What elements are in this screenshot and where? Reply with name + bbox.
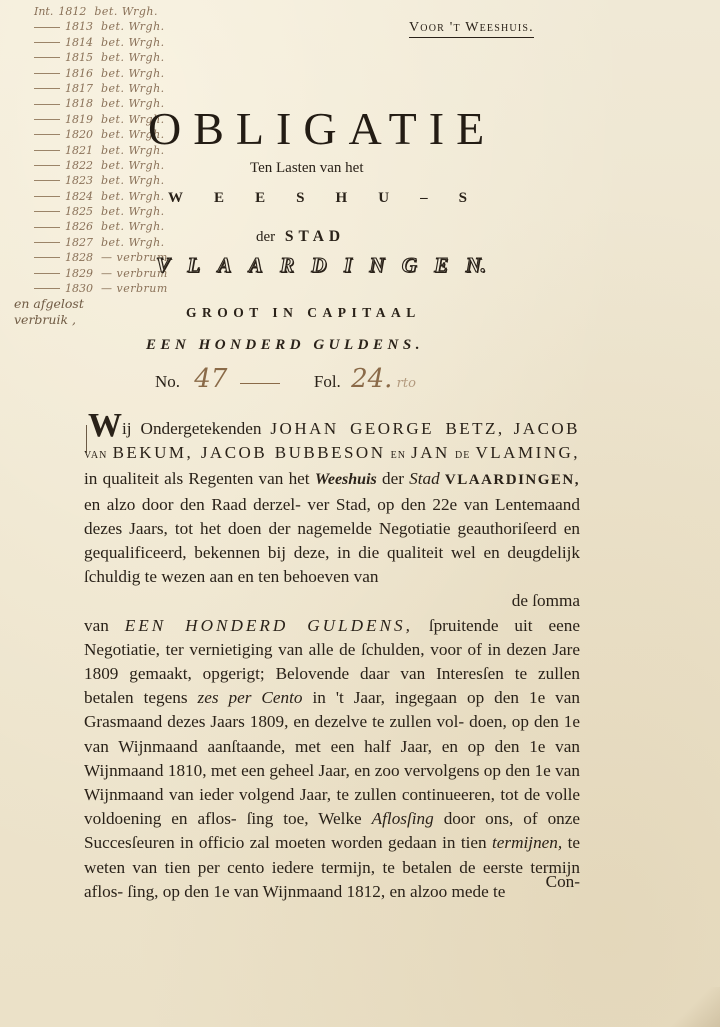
- paragraph-2: van EEN HONDERD GULDENS, ſpruitende uit …: [84, 614, 580, 904]
- margin-note-prefix: [34, 134, 60, 135]
- city-letter: E: [434, 253, 448, 278]
- margin-note-line: 1813bet. Wrgh.: [6, 19, 196, 34]
- margin-note-text: bet. Wrgh.: [101, 235, 165, 250]
- margin-note-prefix: [34, 57, 60, 58]
- der-stad: der STAD: [256, 228, 345, 246]
- text-span: termijnen,: [492, 833, 562, 852]
- margin-note-prefix: [34, 211, 60, 212]
- margin-note-prefix: [34, 196, 60, 197]
- text-span: de: [455, 447, 470, 462]
- margin-note-prefix: [34, 104, 60, 105]
- folio-value: 24.: [351, 364, 392, 394]
- margin-note-line: 1814bet. Wrgh.: [6, 35, 196, 50]
- sum-amount: EEN HONDERD GULDENS,: [125, 616, 413, 635]
- text-span: Aflosſing: [372, 809, 434, 828]
- margin-note-line: 1826bet. Wrgh.: [6, 219, 196, 234]
- institution-letter: W: [168, 190, 184, 207]
- margin-note-year: 1817: [65, 81, 101, 96]
- institution-name: WEESHU–S: [168, 190, 468, 207]
- margin-note-line: 1822bet. Wrgh.: [6, 158, 196, 173]
- city-letter: L: [187, 253, 200, 278]
- header-label: Voor 't Weeshuis.: [409, 20, 534, 38]
- institution-letter: –: [420, 190, 429, 207]
- signatory-name: JAN: [411, 443, 450, 462]
- city-letter: R: [280, 253, 294, 278]
- text-span: ij Ondergetekenden: [122, 419, 261, 438]
- margin-note-year: 1822: [65, 158, 101, 173]
- document-page: Voor 't Weeshuis. Int.1812bet. Wrgh.1813…: [0, 0, 720, 1027]
- city-letter: I: [344, 253, 352, 278]
- text-span: en: [391, 447, 406, 462]
- margin-note-year: 1819: [65, 112, 101, 127]
- margin-note-year: 1821: [65, 143, 101, 158]
- margin-note-text: bet. Wrgh.: [101, 219, 165, 234]
- margin-notes: Int.1812bet. Wrgh.1813bet. Wrgh.1814bet.…: [6, 4, 196, 327]
- margin-note-tail: verbruik ,: [14, 312, 204, 327]
- margin-note-text: bet. Wrgh.: [101, 204, 165, 219]
- margin-note-text: bet. Wrgh.: [101, 66, 165, 81]
- margin-note-year: 1812: [58, 4, 94, 19]
- margin-note-prefix: [34, 42, 60, 43]
- city-letter: A: [249, 253, 263, 278]
- somma-line: de ſomma: [84, 589, 580, 613]
- number-label: No.: [155, 372, 180, 391]
- institution-letter: U: [378, 190, 390, 207]
- text-span: van: [84, 616, 109, 635]
- subtitle: Ten Lasten van het: [250, 160, 400, 177]
- margin-note-prefix: Int.: [34, 4, 53, 19]
- margin-note-year: 1813: [65, 19, 101, 34]
- institution-letter: H: [336, 190, 349, 207]
- margin-note-text: bet. Wrgh.: [101, 81, 165, 96]
- margin-note-year: 1829: [65, 266, 101, 281]
- margin-note-year: 1818: [65, 96, 101, 111]
- stad-label: STAD: [285, 228, 345, 245]
- text-span: van: [84, 447, 107, 462]
- margin-note-text: bet. Wrgh.: [101, 19, 165, 34]
- text-span: en alzo door den Raad derzel- ver Stad, …: [84, 495, 580, 587]
- dropcap: W: [88, 407, 122, 444]
- institution-letter: S: [296, 190, 305, 207]
- body-text: Wij Ondergetekenden JOHAN GEORGE BETZ, J…: [84, 413, 580, 904]
- margin-note-prefix: [34, 119, 60, 120]
- margin-note-text: bet. Wrgh.: [101, 158, 165, 173]
- city-letter: A: [217, 253, 231, 278]
- signatory-name: JACOB: [514, 419, 580, 438]
- amount-label: EEN HONDERD GULDENS.: [146, 337, 424, 354]
- margin-note-line: 1816bet. Wrgh.: [6, 66, 196, 81]
- city-inline: VLAARDINGEN,: [445, 472, 580, 488]
- margin-note-text: — verbrum: [101, 281, 168, 296]
- margin-note-year: 1816: [65, 66, 101, 81]
- margin-note-prefix: [34, 242, 60, 243]
- margin-note-year: 1815: [65, 50, 101, 65]
- margin-note-line: 1817bet. Wrgh.: [6, 81, 196, 96]
- margin-note-year: 1830: [65, 281, 101, 296]
- margin-note-line: 1815bet. Wrgh.: [6, 50, 196, 65]
- margin-note-prefix: [34, 27, 60, 28]
- margin-note-text: bet. Wrgh.: [94, 4, 158, 19]
- margin-note-prefix: [34, 73, 60, 74]
- number-value: 47: [194, 364, 227, 394]
- margin-note-prefix: [34, 88, 60, 89]
- text-span: in 't Jaar, ingegaan op den 1e van Grasm…: [84, 688, 580, 828]
- institution-letter: S: [459, 190, 468, 207]
- margin-note-year: 1820: [65, 127, 101, 142]
- der-label: der: [256, 229, 275, 245]
- paragraph-1: Wij Ondergetekenden JOHAN GEORGE BETZ, J…: [84, 413, 580, 589]
- margin-note-line: 1827bet. Wrgh.: [6, 235, 196, 250]
- margin-note-line: 1830— verbrum: [6, 281, 196, 296]
- signatory-name: VLAMING,: [476, 443, 581, 462]
- margin-note-year: 1826: [65, 219, 101, 234]
- city-name: VLAARDINGEN.: [156, 253, 486, 278]
- margin-note-tail: en afgelost: [14, 296, 204, 311]
- margin-note-prefix: [34, 257, 60, 258]
- margin-note-prefix: [34, 288, 60, 289]
- number-dash: [240, 383, 280, 384]
- margin-note-text: bet. Wrgh.: [101, 35, 165, 50]
- document-title: OBLIGATIE: [148, 104, 498, 154]
- margin-note-year: 1827: [65, 235, 101, 250]
- margin-note-year: 1824: [65, 189, 101, 204]
- institution-letter: E: [214, 190, 225, 207]
- margin-note-year: 1814: [65, 35, 101, 50]
- interest-rate: zes per Cento: [198, 688, 303, 707]
- margin-note-year: 1828: [65, 250, 101, 265]
- margin-note-text: bet. Wrgh.: [101, 173, 165, 188]
- city-letter: V: [156, 253, 170, 278]
- margin-note-year: 1823: [65, 173, 101, 188]
- margin-note-prefix: [34, 227, 60, 228]
- catchword: Con-: [84, 872, 580, 892]
- city-letter: G: [402, 253, 417, 278]
- margin-note-line: 1823bet. Wrgh.: [6, 173, 196, 188]
- margin-note-text: bet. Wrgh.: [101, 50, 165, 65]
- text-span: der: [382, 469, 404, 488]
- number-folio-line: No. 47 Fol. 24. rto: [155, 364, 416, 394]
- margin-note-line: Int.1812bet. Wrgh.: [6, 4, 196, 19]
- margin-note-year: 1825: [65, 204, 101, 219]
- margin-note-prefix: [34, 165, 60, 166]
- text-span: in qualiteit als Regenten van het: [84, 469, 310, 488]
- institution-letter: E: [255, 190, 266, 207]
- capital-label: GROOT IN CAPITAAL: [186, 305, 421, 321]
- folio-label: Fol.: [314, 372, 341, 391]
- folio-suffix: rto: [397, 376, 416, 391]
- text-span: Stad: [409, 469, 440, 488]
- city-letter: D: [311, 253, 326, 278]
- margin-note-prefix: [34, 273, 60, 274]
- signatory-name: BEKUM, JACOB BUBBESON: [113, 443, 386, 462]
- blackletter-weeshuis: Weeshuis: [315, 471, 377, 488]
- city-letter: N: [369, 253, 384, 278]
- margin-note-prefix: [34, 180, 60, 181]
- margin-note-prefix: [34, 150, 60, 151]
- city-letter: N.: [466, 253, 486, 278]
- signatory-names: JOHAN GEORGE BETZ,: [270, 419, 504, 438]
- margin-note-text: bet. Wrgh.: [101, 189, 165, 204]
